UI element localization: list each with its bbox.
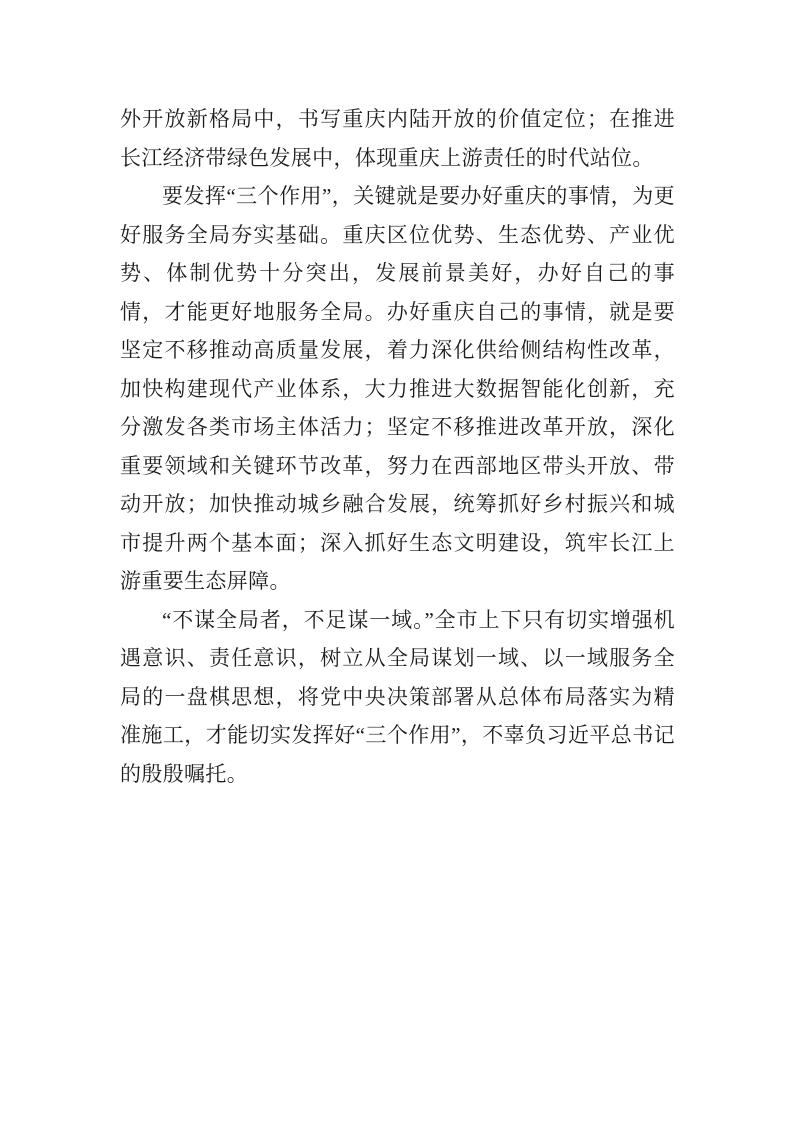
paragraph: 要发挥“三个作用”，关键就是要办好重庆的事情，为更好服务全局夯实基础。重庆区位优… [120,177,675,601]
document-page: 外开放新格局中，书写重庆内陆开放的价值定位；在推进长江经济带绿色发展中，体现重庆… [0,0,793,1122]
paragraph: “不谋全局者，不足谋一域。”全市上下只有切实增强机遇意识、责任意识，树立从全局谋… [120,601,675,794]
paragraph-continuation: 外开放新格局中，书写重庆内陆开放的价值定位；在推进长江经济带绿色发展中，体现重庆… [120,100,675,177]
document-body: 外开放新格局中，书写重庆内陆开放的价值定位；在推进长江经济带绿色发展中，体现重庆… [120,100,675,793]
